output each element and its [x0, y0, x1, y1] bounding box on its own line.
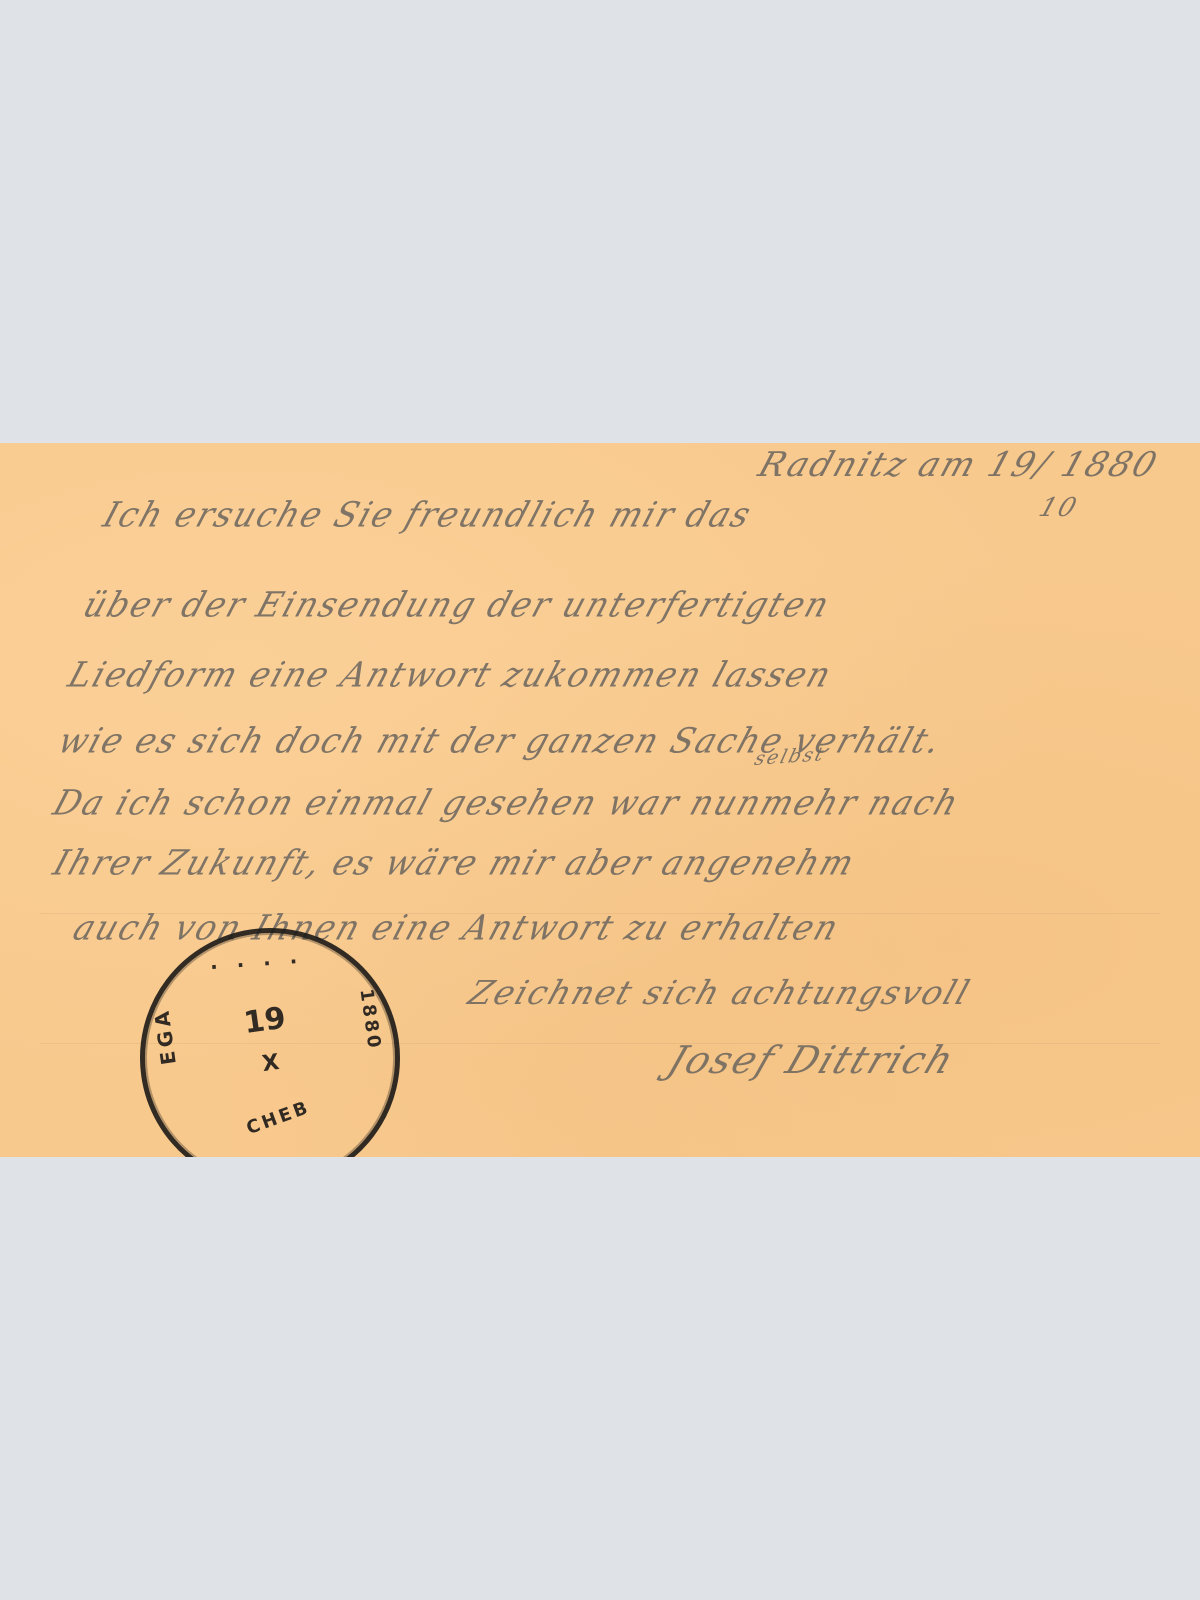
body-line: Ich ersuche Sie freundlich mir das	[98, 494, 757, 535]
body-line: Liedform eine Antwort zukommen lassen	[63, 654, 838, 695]
postmark-stamp: · · · · EGA 19 X 1880 CHEB	[123, 911, 417, 1157]
dateline-year: 1880	[1056, 445, 1164, 485]
body-line: auch von Ihnen eine Antwort zu erhalten	[68, 907, 845, 948]
postcard: Radnitz am 19/ 1880 10 Ich ersuche Sie f…	[0, 443, 1200, 1157]
body-line: Ihrer Zukunft, es wäre mir aber angenehm	[48, 842, 861, 883]
closing: Zeichnet sich achtungsvoll	[464, 973, 977, 1012]
dateline: Radnitz am 19/ 1880	[754, 445, 1164, 485]
signature: Josef Dittrich	[662, 1038, 961, 1082]
body-line: über der Einsendung der unterfertigten	[78, 584, 836, 625]
inserted-word: selbst	[752, 743, 828, 770]
body-line: Da ich schon einmal gesehen war nunmehr …	[48, 782, 965, 823]
postmark-top-text: · · · ·	[131, 943, 382, 984]
dateline-place: Radnitz am	[754, 445, 983, 485]
dateline-month: 10	[1035, 493, 1082, 523]
